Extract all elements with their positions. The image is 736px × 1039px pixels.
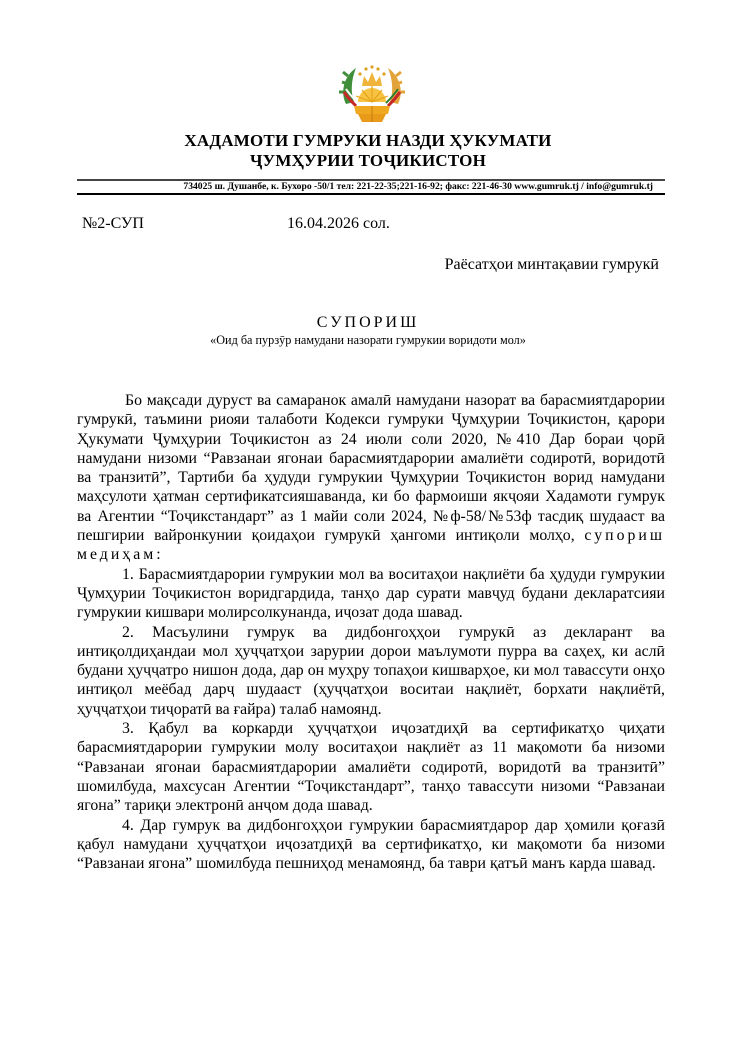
directive-item-4: 4. Дар гумрук ва дидбонгоҳҳои гумрукии б…: [77, 816, 665, 874]
directive-item-3: 3. Қабул ва коркарди ҳуҷҷатҳои иҷозатдиҳ…: [77, 719, 665, 815]
document-type-heading: СУПОРИШ: [0, 313, 736, 333]
document-subject: «Оид ба пурзӯр намудани назорати гумруки…: [0, 332, 736, 348]
intro-paragraph: Бо мақсади дуруст ва самаранок амалӣ нам…: [77, 391, 665, 565]
org-title-line2: ҶУМҲУРИИ ТОҶИКИСТОН: [0, 151, 736, 171]
document-date: 16.04.2026 сол.: [287, 214, 390, 234]
header-divider-bottom: [77, 193, 665, 195]
directive-item-1: 1. Барасмиятдарории гумрукии мол ва воси…: [77, 565, 665, 623]
directive-item-2: 2. Масъулини гумрук ва дидбонгоҳҳои гумр…: [77, 623, 665, 719]
document-body: Бо мақсади дуруст ва самаранок амалӣ нам…: [77, 391, 665, 873]
org-address: 734025 ш. Душанбе, к. Бухоро -50/1 тел: …: [77, 181, 665, 193]
addressee: Раёсатҳои минтақавии гумрукӣ: [445, 255, 659, 275]
document-number: №2-СУП: [82, 214, 144, 234]
org-title-line1: ХАДАМОТИ ГУМРУКИ НАЗДИ ҲУКУМАТИ: [0, 131, 736, 151]
state-emblem-icon: [334, 62, 410, 128]
intro-text: Бо мақсади дуруст ва самаранок амалӣ нам…: [77, 392, 665, 544]
